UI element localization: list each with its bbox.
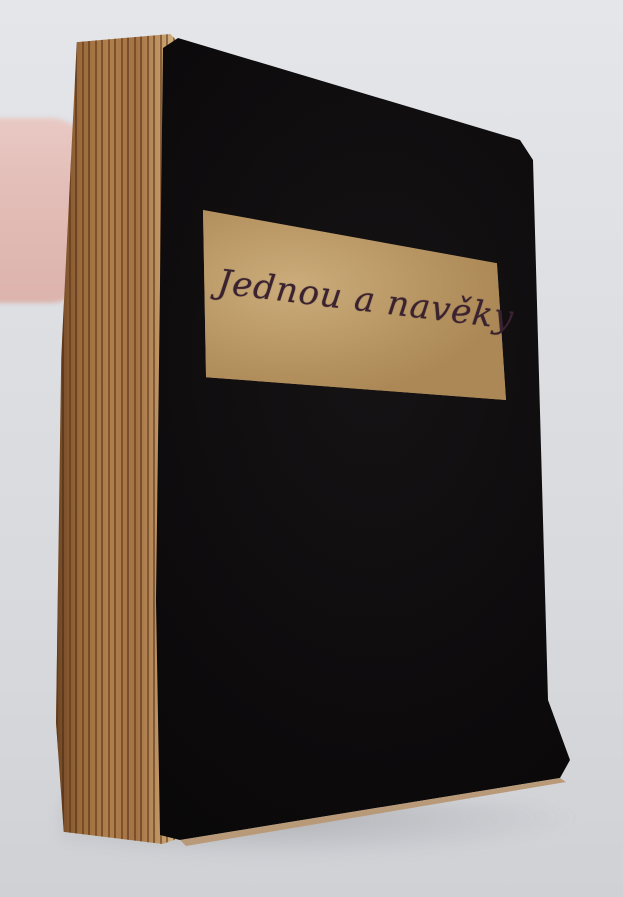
photo-scene: Jednou a navěky (0, 0, 623, 897)
